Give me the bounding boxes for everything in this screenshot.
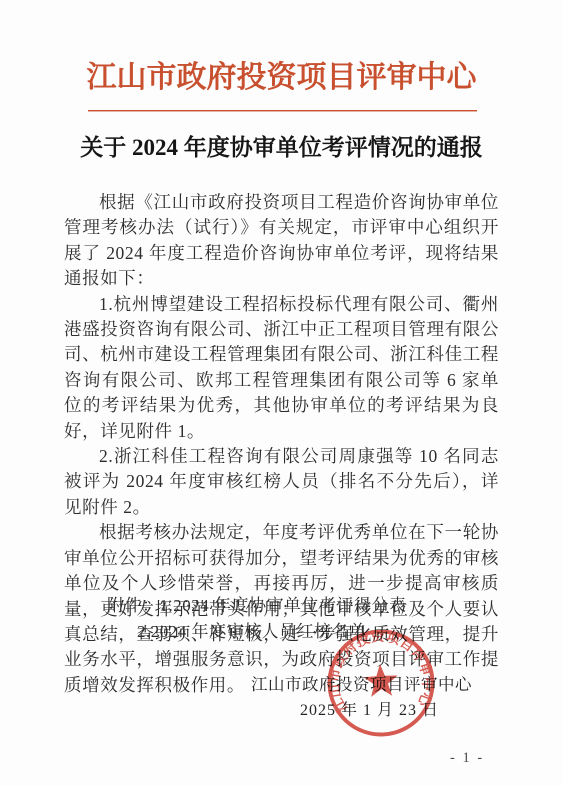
body-paragraph: 1.杭州博望建设工程招标投标代理有限公司、衢州港盛投资咨询有限公司、浙江中正工程… (64, 292, 499, 444)
body-paragraph: 2.浙江科佳工程咨询有限公司周康强等 10 名同志被评为 2024 年度审核红榜… (64, 444, 499, 520)
letterhead-title: 江山市政府投资项目评审中心 (0, 60, 563, 96)
official-seal-stamp: 江山市政府投资项目评审中心 (322, 624, 440, 742)
attachment-item: 1.2024 年度协审单位考评得分表 (160, 596, 407, 615)
document-page: 江山市政府投资项目评审中心 关于 2024 年度协审单位考评情况的通报 根据《江… (0, 0, 563, 786)
attachments-label: 附件： (107, 596, 160, 615)
document-title: 关于 2024 年度协审单位考评情况的通报 (0, 132, 563, 164)
letterhead-divider (88, 110, 477, 112)
page-number: - 1 - (450, 750, 484, 767)
body-paragraph: 根据《江山市政府投资项目工程造价咨询协审单位管理考核办法（试行）》有关规定，市评… (64, 190, 499, 292)
attachment-line: 附件：1.2024 年度协审单位考评得分表 (107, 593, 407, 619)
seal-star-icon (363, 663, 399, 697)
